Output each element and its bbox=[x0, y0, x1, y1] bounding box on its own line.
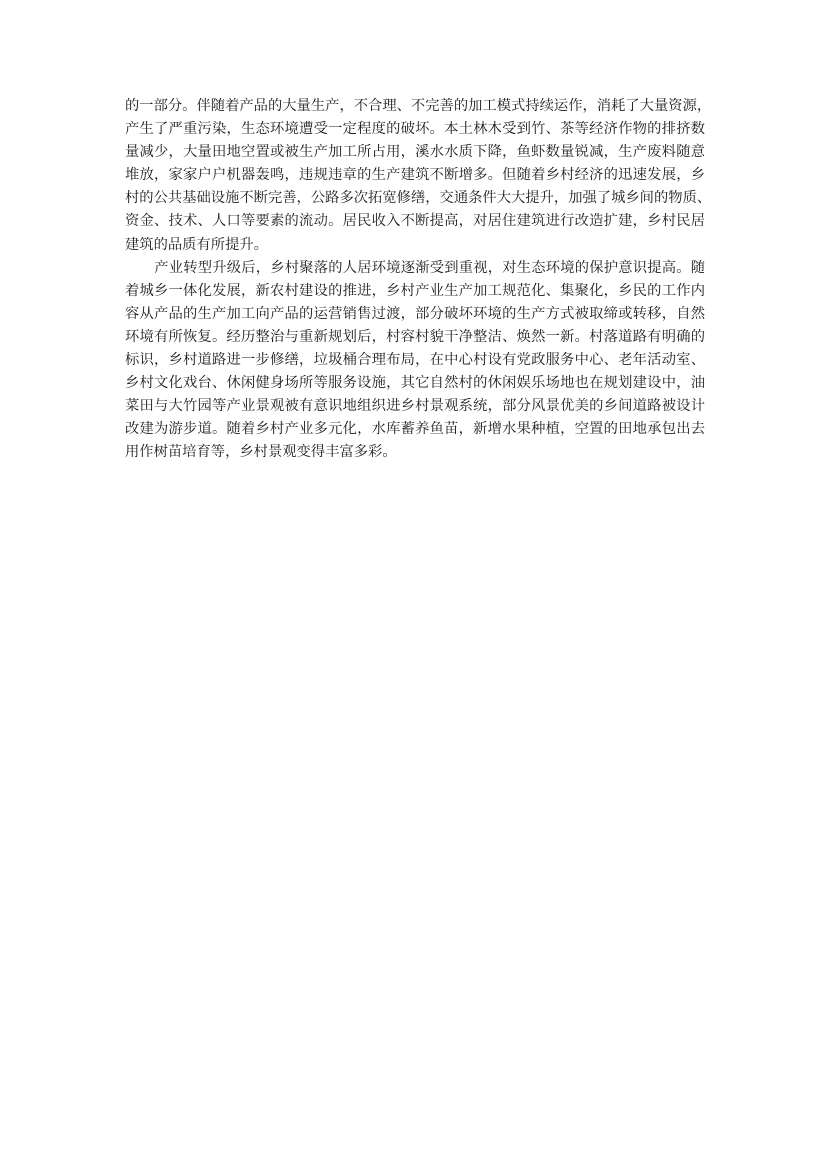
text-line: 堆放，家家户户机器轰鸣，违规违章的生产建筑不断增多。但随着乡村经济的迅速发展，乡 bbox=[125, 164, 705, 187]
text-line: 产生了严重污染，生态环境遭受一定程度的破坏。本土林木受到竹、茶等经济作物的排挤数 bbox=[125, 118, 705, 141]
text-line: 量减少，大量田地空置或被生产加工所占用，溪水水质下降，鱼虾数量锐减，生产废料随意 bbox=[125, 141, 705, 164]
text-line: 改建为游步道。随着乡村产业多元化，水库蓄养鱼苗，新增水果种植，空置的田地承包出去 bbox=[125, 418, 705, 441]
paragraph-2: 产业转型升级后，乡村聚落的人居环境逐渐受到重视，对生态环境的保护意识提高。随 着… bbox=[125, 257, 705, 465]
text-line-indented: 产业转型升级后，乡村聚落的人居环境逐渐受到重视，对生态环境的保护意识提高。随 bbox=[125, 257, 705, 280]
text-line: 着城乡一体化发展，新农村建设的推进，乡村产业生产加工规范化、集聚化，乡民的工作内 bbox=[125, 280, 705, 303]
document-page: 的一部分。伴随着产品的大量生产，不合理、不完善的加工模式持续运作，消耗了大量资源… bbox=[0, 0, 828, 1171]
text-line: 村的公共基础设施不断完善，公路多次拓宽修缮，交通条件大大提升，加强了城乡间的物质… bbox=[125, 187, 705, 210]
text-line: 资金、技术、人口等要素的流动。居民收入不断提高，对居住建筑进行改造扩建，乡村民居 bbox=[125, 210, 705, 233]
text-line-content: 产业转型升级后，乡村聚落的人居环境逐渐受到重视，对生态环境的保护意识提高。随 bbox=[154, 260, 705, 276]
text-line: 用作树苗培育等，乡村景观变得丰富多彩。 bbox=[125, 441, 705, 464]
text-line: 乡村文化戏台、休闲健身场所等服务设施，其它自然村的休闲娱乐场地也在规划建设中，油 bbox=[125, 372, 705, 395]
text-line: 标识，乡村道路进一步修缮，垃圾桶合理布局，在中心村设有党政服务中心、老年活动室、 bbox=[125, 349, 705, 372]
paragraph-1: 的一部分。伴随着产品的大量生产，不合理、不完善的加工模式持续运作，消耗了大量资源… bbox=[125, 95, 705, 257]
document-body: 的一部分。伴随着产品的大量生产，不合理、不完善的加工模式持续运作，消耗了大量资源… bbox=[125, 95, 705, 465]
text-line: 建筑的品质有所提升。 bbox=[125, 234, 705, 257]
text-line: 菜田与大竹园等产业景观被有意识地组织进乡村景观系统，部分风景优美的乡间道路被设计 bbox=[125, 395, 705, 418]
text-line: 容从产品的生产加工向产品的运营销售过渡，部分破坏环境的生产方式被取缔或转移，自然 bbox=[125, 303, 705, 326]
text-line: 的一部分。伴随着产品的大量生产，不合理、不完善的加工模式持续运作，消耗了大量资源… bbox=[125, 95, 705, 118]
text-line: 环境有所恢复。经历整治与重新规划后，村容村貌干净整洁、焕然一新。村落道路有明确的 bbox=[125, 326, 705, 349]
